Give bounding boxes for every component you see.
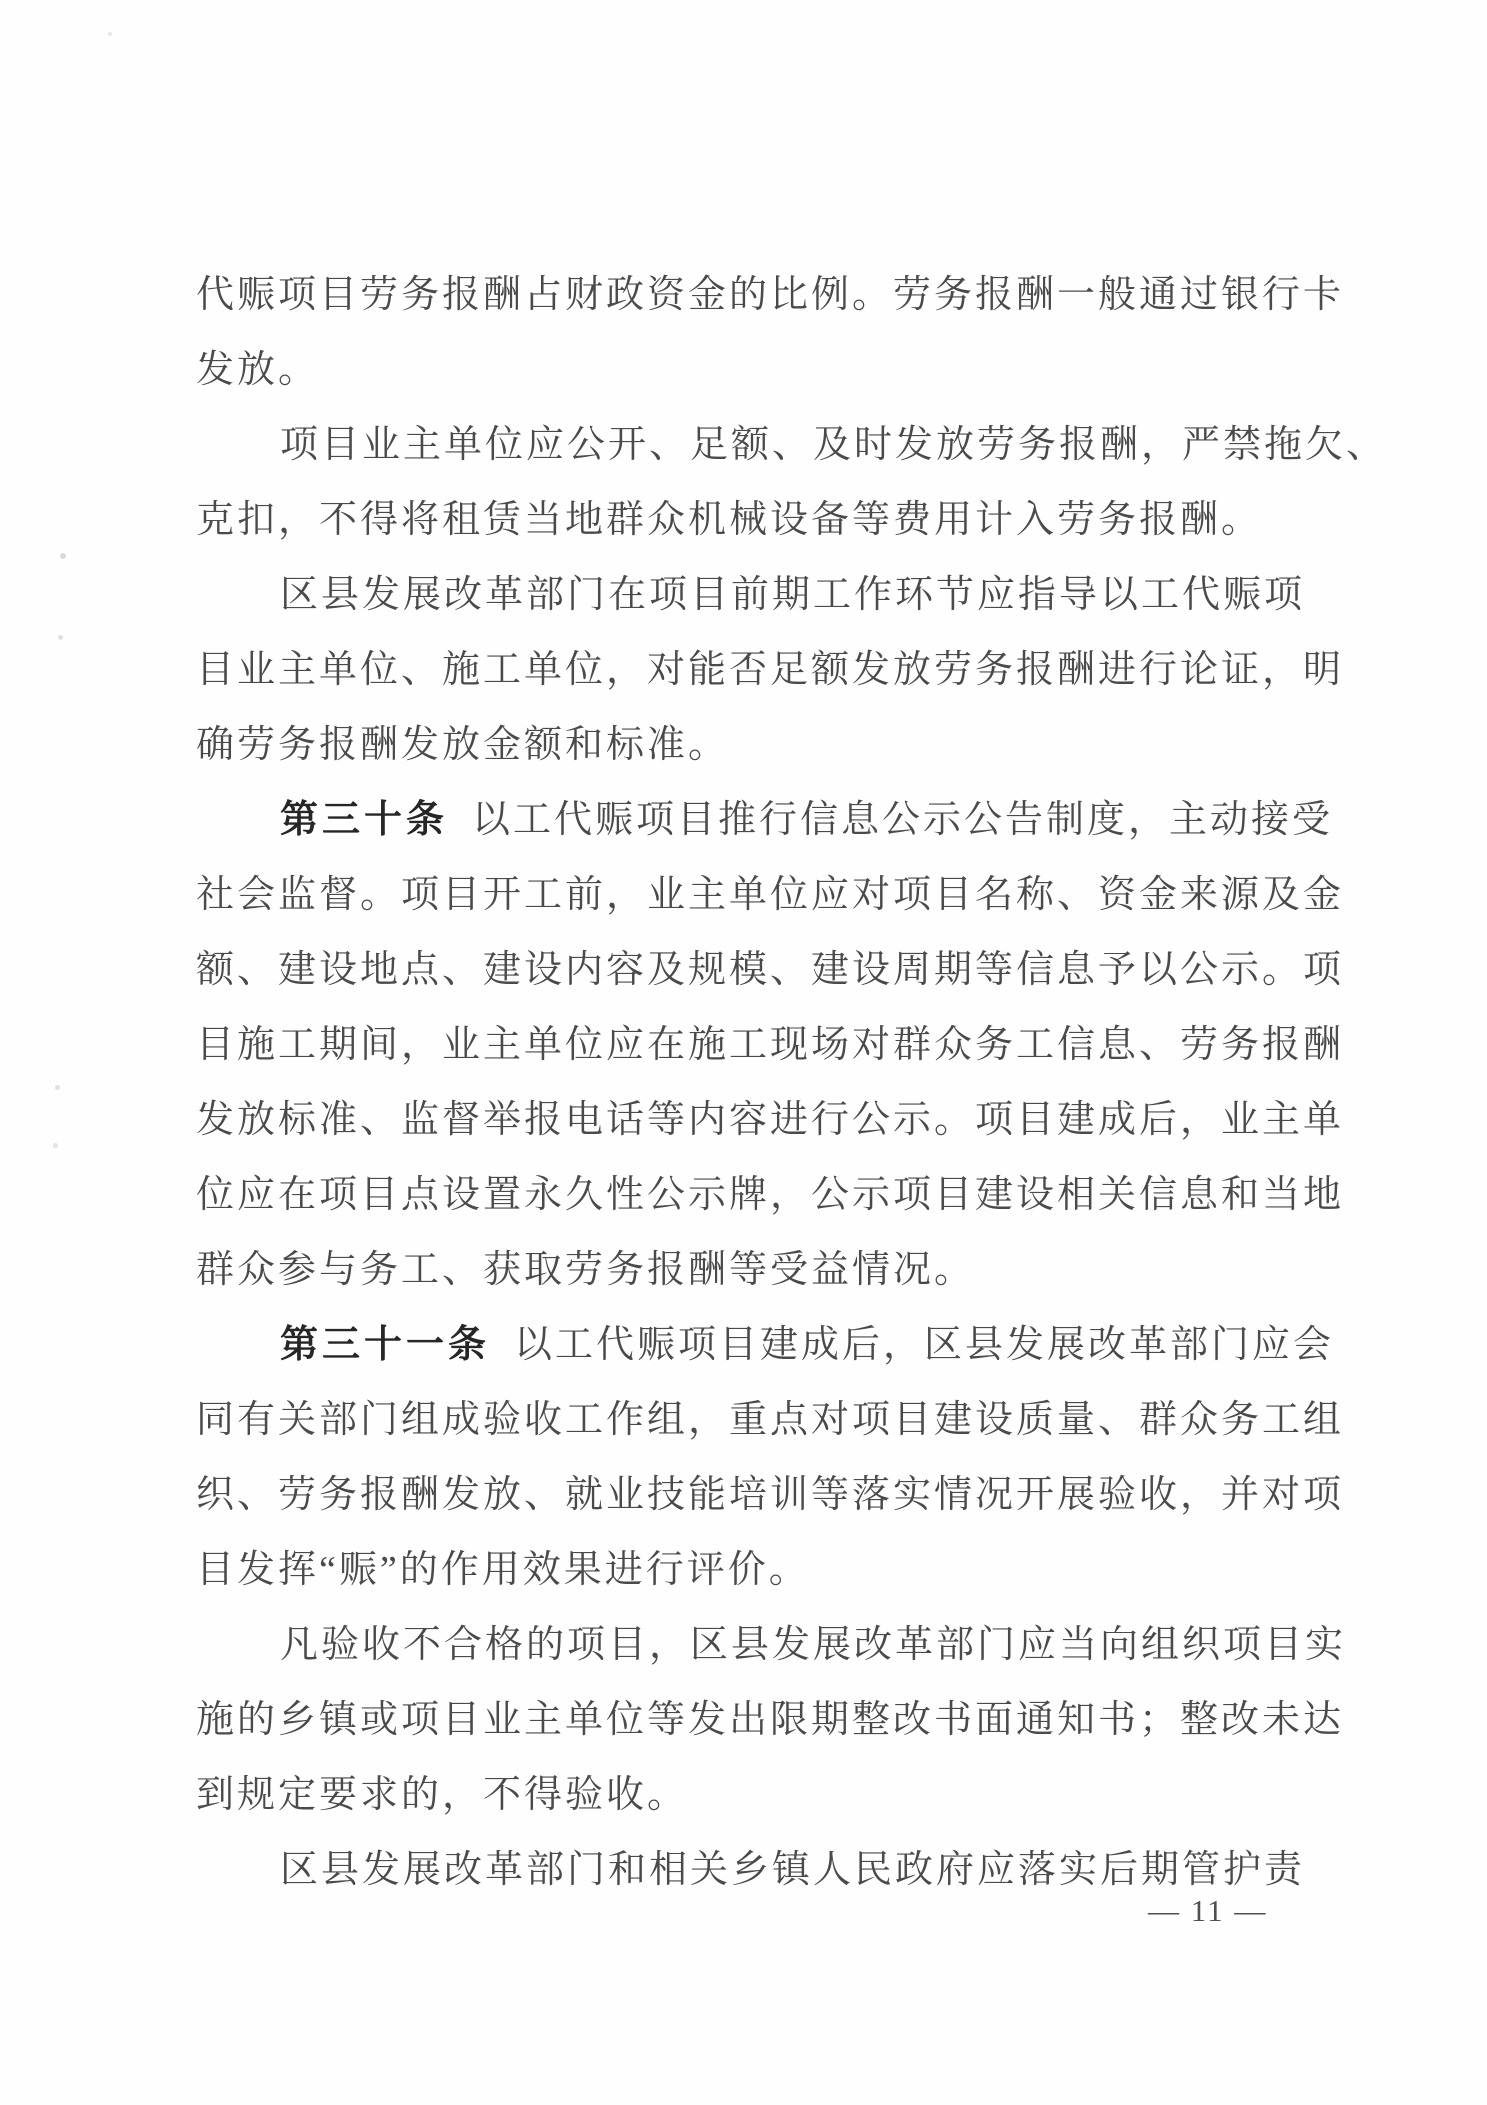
scan-speck [60, 553, 66, 559]
line-text: 同有关部门组成验收工作组，重点对项目建设质量、群众务工组 [196, 1399, 1344, 1441]
line-text: 以工代赈项目推行信息公示公告制度，主动接受 [472, 799, 1333, 841]
line-text: 代赈项目劳务报酬占财政资金的比例。劳务报酬一般通过银行卡 [196, 274, 1344, 316]
text-line: 目业主单位、施工单位，对能否足额发放劳务报酬进行论证，明 [196, 633, 1366, 708]
text-line: 确劳务报酬发放金额和标准。 [196, 708, 1366, 783]
line-text: 区县发展改革部门在项目前期工作环节应指导以工代赈项 [280, 574, 1305, 616]
text-line: 目施工期间，业主单位应在施工现场对群众务工信息、劳务报酬 [196, 1008, 1366, 1083]
text-line: 织、劳务报酬发放、就业技能培训等落实情况开展验收，并对项 [196, 1458, 1366, 1533]
text-line: 凡验收不合格的项目，区县发展改革部门应当向组织项目实 [196, 1608, 1366, 1683]
article-heading: 第三十一条 [280, 1324, 490, 1366]
text-line: 发放。 [196, 333, 1366, 408]
line-text: 到规定要求的，不得验收。 [196, 1774, 688, 1816]
document-body: 代赈项目劳务报酬占财政资金的比例。劳务报酬一般通过银行卡 发放。 项目业主单位应… [196, 258, 1366, 1908]
scan-speck [58, 635, 63, 640]
scan-speck [55, 1085, 60, 1090]
line-text: 区县发展改革部门和相关乡镇人民政府应落实后期管护责 [280, 1849, 1305, 1891]
text-line: 社会监督。项目开工前，业主单位应对项目名称、资金来源及金 [196, 858, 1366, 933]
line-text: 施的乡镇或项目业主单位等发出限期整改书面通知书；整改未达 [196, 1699, 1344, 1741]
line-text: 群众参与务工、获取劳务报酬等受益情况。 [196, 1249, 975, 1291]
line-text: 以工代赈项目建成后，区县发展改革部门应会 [514, 1324, 1334, 1366]
text-line: 代赈项目劳务报酬占财政资金的比例。劳务报酬一般通过银行卡 [196, 258, 1366, 333]
line-text: 社会监督。项目开工前，业主单位应对项目名称、资金来源及金 [196, 874, 1344, 916]
text-line: 到规定要求的，不得验收。 [196, 1758, 1366, 1833]
text-line: 第三十一条以工代赈项目建成后，区县发展改革部门应会 [196, 1308, 1366, 1383]
line-text: 额、建设地点、建设内容及规模、建设周期等信息予以公示。项 [196, 949, 1344, 991]
line-text: 确劳务报酬发放金额和标准。 [196, 724, 729, 766]
text-line: 区县发展改革部门在项目前期工作环节应指导以工代赈项 [196, 558, 1366, 633]
text-line: 克扣，不得将租赁当地群众机械设备等费用计入劳务报酬。 [196, 483, 1366, 558]
text-line: 群众参与务工、获取劳务报酬等受益情况。 [196, 1233, 1366, 1308]
line-text: 位应在项目点设置永久性公示牌，公示项目建设相关信息和当地 [196, 1174, 1344, 1216]
text-line: 项目业主单位应公开、足额、及时发放劳务报酬，严禁拖欠、 [196, 408, 1366, 483]
scan-speck [108, 32, 112, 36]
text-line: 额、建设地点、建设内容及规模、建设周期等信息予以公示。项 [196, 933, 1366, 1008]
line-text: 发放标准、监督举报电话等内容进行公示。项目建成后，业主单 [196, 1099, 1344, 1141]
text-line: 第三十条以工代赈项目推行信息公示公告制度，主动接受 [196, 783, 1366, 858]
text-line: 施的乡镇或项目业主单位等发出限期整改书面通知书；整改未达 [196, 1683, 1366, 1758]
text-line: 位应在项目点设置永久性公示牌，公示项目建设相关信息和当地 [196, 1158, 1366, 1233]
line-text: 凡验收不合格的项目，区县发展改革部门应当向组织项目实 [280, 1624, 1346, 1666]
page-number: — 11 — [1148, 1893, 1267, 1929]
line-text: 克扣，不得将租赁当地群众机械设备等费用计入劳务报酬。 [196, 499, 1262, 541]
line-text: 织、劳务报酬发放、就业技能培训等落实情况开展验收，并对项 [196, 1474, 1344, 1516]
scan-speck [53, 1143, 58, 1148]
article-heading: 第三十条 [280, 799, 448, 841]
line-text: 目发挥“赈”的作用效果进行评价。 [196, 1549, 810, 1591]
document-page: 代赈项目劳务报酬占财政资金的比例。劳务报酬一般通过银行卡 发放。 项目业主单位应… [0, 0, 1487, 2105]
text-line: 发放标准、监督举报电话等内容进行公示。项目建成后，业主单 [196, 1083, 1366, 1158]
text-line: 同有关部门组成验收工作组，重点对项目建设质量、群众务工组 [196, 1383, 1366, 1458]
text-line: 目发挥“赈”的作用效果进行评价。 [196, 1533, 1366, 1608]
line-text: 目业主单位、施工单位，对能否足额发放劳务报酬进行论证，明 [196, 649, 1344, 691]
line-text: 发放。 [196, 349, 319, 391]
line-text: 目施工期间，业主单位应在施工现场对群众务工信息、劳务报酬 [196, 1024, 1344, 1066]
line-text: 项目业主单位应公开、足额、及时发放劳务报酬，严禁拖欠、 [280, 424, 1387, 466]
